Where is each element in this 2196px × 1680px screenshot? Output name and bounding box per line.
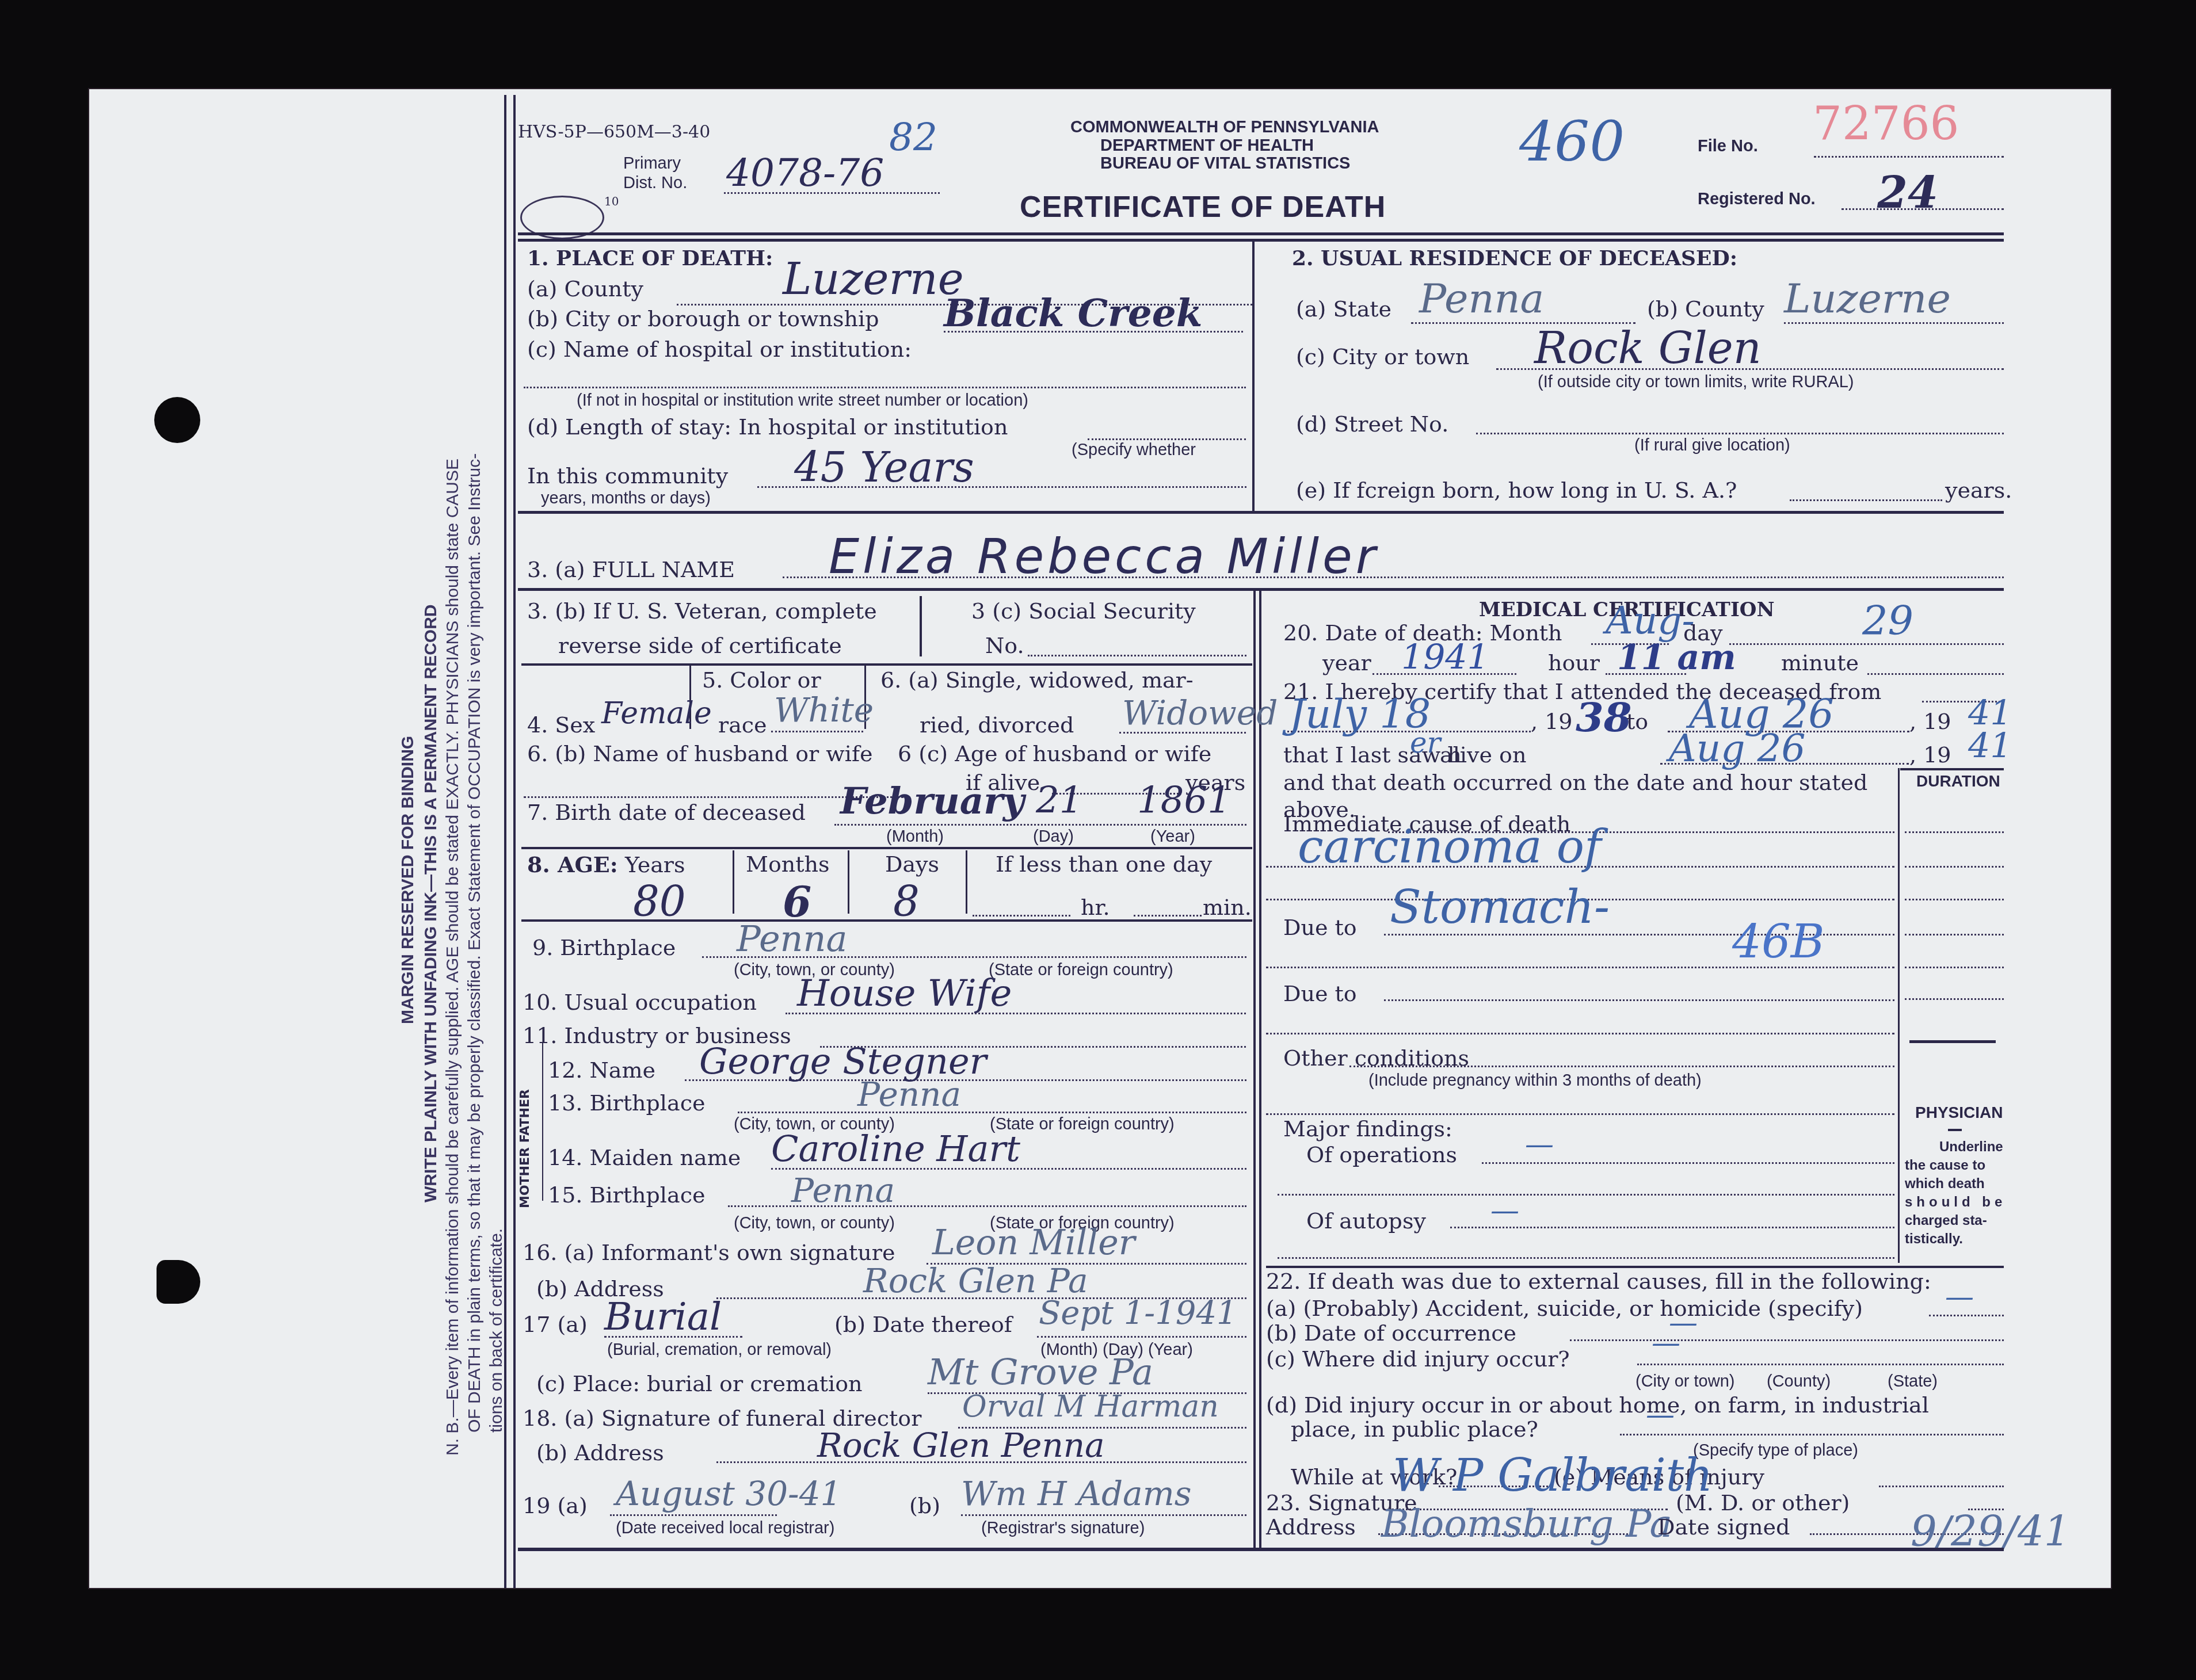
full-name-label: 3. (a) FULL NAME [527, 557, 735, 582]
race-value: White [774, 690, 874, 730]
pod-community-value: 45 Years [794, 443, 974, 491]
pod-community-label: In this community [527, 463, 728, 488]
physician-note-1: Underline [1939, 1139, 2003, 1155]
external-a-value: — [1945, 1280, 1974, 1314]
disposition-place-label: (c) Place: burial or cremation [536, 1371, 863, 1396]
primary-dist-label-2: Dist. No. [623, 174, 687, 193]
duration-line-3 [1905, 899, 2004, 900]
autopsy-line-2 [1278, 1257, 1894, 1259]
external-c-note-state: (State) [1888, 1372, 1938, 1391]
birth-year-value: 1861 [1137, 780, 1231, 822]
color-label: 5. Color or [702, 667, 821, 693]
primary-dist-correction: 82 [889, 115, 937, 159]
mother-maiden-label: 14. Maiden name [548, 1145, 741, 1170]
certifier-signature-value: W P Galbraith [1393, 1450, 1713, 1502]
father-birthplace-value: Penna [857, 1075, 961, 1114]
due-to-line-2 [1384, 999, 1894, 1001]
registrar-date-note: (Date received local registrar) [616, 1519, 834, 1538]
frame-left-line-inner [513, 95, 516, 1588]
punch-hole-top [154, 397, 200, 443]
duration-divider [1898, 768, 1900, 1263]
mother-father-tag: MOTHER FATHER [518, 1070, 535, 1208]
pod-county-label: (a) County [527, 276, 643, 301]
operations-label: Of operations [1306, 1142, 1457, 1167]
age-months-label: Months [746, 852, 830, 877]
cause-code: 46B [1732, 915, 1825, 968]
place-of-death-heading: 1. PLACE OF DEATH: [527, 246, 773, 270]
physician-note-4: should be [1905, 1194, 2006, 1211]
disposition-method-note: (Burial, cremation, or removal) [607, 1341, 832, 1360]
death-hour-label: hour [1548, 650, 1600, 675]
means-of-injury-line [1879, 1486, 2004, 1487]
physician-heading: PHYSICIAN [1915, 1104, 2003, 1122]
autopsy-label: Of autopsy [1306, 1208, 1426, 1234]
age-years-value: 80 [633, 877, 686, 926]
lower-divider-right [1259, 589, 1261, 1548]
age-hr-label: hr. [1081, 895, 1110, 920]
disposition-place-value: Mt Grove Pa [928, 1351, 1153, 1393]
lower-divider-left [1253, 589, 1256, 1548]
physician-note-2: the cause to [1905, 1158, 1985, 1174]
marital-value: Widowed [1122, 693, 1278, 732]
death-minute-label: minute [1781, 650, 1859, 675]
pod-hospital-note: (If not in hospital or institution write… [577, 391, 1028, 410]
age-days-value: 8 [893, 877, 920, 926]
cause-line-5 [1266, 967, 1894, 968]
external-d-note: (Specify type of place) [1693, 1441, 1858, 1460]
death-month-value: Aug- [1606, 598, 1695, 643]
physician-note-5: charged sta- [1905, 1213, 1987, 1229]
rule-after-sections [518, 511, 2004, 514]
rule-before-age [521, 847, 1252, 849]
registrar-date-value: August 30-41 [616, 1474, 841, 1513]
father-birthplace-label: 13. Birthplace [548, 1090, 705, 1116]
informant-signature-label: 16. (a) Informant's own signature [523, 1240, 895, 1265]
registered-no-label: Registered No. [1698, 190, 1816, 209]
occupation-label: 10. Usual occupation [523, 990, 757, 1015]
bottom-rule [518, 1548, 2004, 1551]
ssn-line [1028, 655, 1246, 656]
physician-note-3: which death [1905, 1176, 1985, 1192]
registrar-date-line [610, 1514, 777, 1516]
rule-before-external [1266, 1266, 2004, 1268]
ssn-label-1: 3 (c) Social Security [971, 598, 1196, 624]
spouse-label: 6. (b) Name of husband or wife [527, 741, 873, 766]
disposition-method-value: Burial [604, 1295, 722, 1339]
nineteen-1: , 19 [1531, 709, 1573, 734]
duration-line-6 [1905, 998, 2004, 1000]
file-no-value: 72766 [1813, 97, 1959, 150]
age-min-label: min. [1203, 895, 1252, 920]
veteran-divider [920, 596, 922, 656]
disposition-date-line [1037, 1336, 1246, 1338]
last-saw-year: 41 [1968, 726, 2012, 766]
res-foreign-line [1790, 499, 1942, 501]
alive-on-label: alive on [1440, 742, 1526, 768]
primary-dist-value: 4078-76 [726, 151, 884, 195]
punch-hole-bottom [157, 1260, 200, 1304]
registrar-signature-line [961, 1514, 1246, 1516]
residence-heading: 2. USUAL RESIDENCE OF DECEASED: [1292, 246, 1737, 270]
mother-birthplace-value: Penna [791, 1171, 895, 1210]
marital-label-2: ried, divorced [920, 712, 1074, 738]
birth-month-note: (Month) [886, 827, 944, 846]
duration-top-rule [1900, 768, 2004, 770]
birth-day-note: (Day) [1033, 827, 1074, 846]
birth-date-line [834, 824, 1246, 826]
res-street-label: (d) Street No. [1296, 411, 1448, 437]
section-divider [1252, 242, 1255, 512]
pod-community-note: years, months or days) [541, 489, 711, 508]
due-to-label-1: Due to [1283, 915, 1357, 940]
external-b-label: (b) Date of occurrence [1266, 1320, 1516, 1346]
annotation-number: 460 [1519, 109, 1625, 174]
duration-line-4 [1905, 934, 2004, 936]
mother-maiden-value: Caroline Hart [771, 1128, 1020, 1170]
spouse-age-label-1: 6 (c) Age of husband or wife [898, 741, 1211, 766]
res-foreign-suffix: years. [1945, 478, 2012, 503]
duration-end-rule [1909, 1040, 1996, 1043]
external-d-label-2: place, in public place? [1291, 1416, 1538, 1442]
death-year-label: year [1322, 650, 1371, 675]
nineteen-2: , 19 [1909, 709, 1951, 734]
rule-before-sex [521, 663, 1252, 666]
funeral-director-value: Orval M Harman [962, 1389, 1219, 1424]
operations-line [1482, 1162, 1894, 1164]
external-c-value: — [1652, 1326, 1680, 1360]
external-c-line [1637, 1364, 2004, 1365]
birth-month-value: February [840, 780, 1024, 823]
last-saw-pronoun: er [1410, 726, 1441, 759]
marital-label-1: 6. (a) Single, widowed, mar- [880, 667, 1194, 693]
mother-city-note: (City, town, or county) [734, 1214, 895, 1233]
pod-stay-label: (d) Length of stay: In hospital or insti… [527, 414, 1008, 440]
parents-bracket [542, 1043, 543, 1201]
birthplace-value: Penna [737, 918, 847, 960]
age-less-label: If less than one day [996, 852, 1212, 877]
mother-birthplace-label: 15. Birthplace [548, 1182, 705, 1208]
res-county-line [1784, 322, 2004, 324]
duration-line-5 [1905, 967, 2004, 968]
sex-label: 4. Sex [527, 712, 595, 738]
major-findings-label: Major findings: [1283, 1116, 1452, 1141]
rule-after-age [521, 919, 1252, 922]
res-street-line [1476, 433, 2004, 434]
issuer-line-2: DEPARTMENT OF HEALTH [1100, 136, 1314, 155]
attended-to-label: to [1626, 709, 1648, 734]
form-code: HVS-5P—650M—3-40 [518, 122, 710, 142]
birthplace-label: 9. Birthplace [532, 935, 676, 960]
margin-nb-line2: OF DEATH in plain terms, so that it may … [464, 453, 486, 1433]
external-a-line [1929, 1315, 2004, 1316]
race-line [771, 731, 863, 732]
cause-line-7 [1266, 1033, 1894, 1034]
registered-no-value: 24 [1877, 167, 1938, 218]
certifier-md-label: (M. D. or other) [1676, 1490, 1850, 1515]
physician-dash [1948, 1129, 1962, 1131]
primary-dist-label: Primary [623, 154, 681, 173]
other-conditions-line-2 [1266, 1113, 1894, 1115]
funeral-address-label: (b) Address [536, 1440, 664, 1465]
pregnancy-note: (Include pregnancy within 3 months of de… [1368, 1071, 1702, 1090]
age-days-label: Days [885, 852, 939, 877]
age-hr-line [973, 915, 1070, 917]
birthplace-state-note: (State or foreign country) [989, 961, 1173, 980]
veteran-label-2: reverse side of certificate [558, 633, 842, 658]
age-label: 8. AGE: Years [527, 852, 685, 877]
margin-binding-note: MARGIN RESERVED FOR BINDING [397, 736, 419, 1024]
death-year-value: 1941 [1401, 637, 1489, 678]
issuer-line-1: COMMONWEALTH OF PENNSYLVANIA [1070, 118, 1379, 137]
external-d-line [1620, 1434, 2004, 1435]
nineteen-3: , 19 [1909, 742, 1951, 768]
res-state-value: Penna [1419, 275, 1544, 322]
disposition-num: 17 (a) [523, 1312, 588, 1337]
pod-county-value: Luzerne [783, 253, 964, 304]
header-rule-2 [518, 239, 2004, 242]
res-city-value: Rock Glen [1534, 322, 1762, 373]
res-city-note: (If outside city or town limits, write R… [1538, 373, 1854, 392]
death-minute-line [1867, 673, 2004, 675]
funeral-address-value: Rock Glen Penna [817, 1426, 1105, 1465]
attended-from-year: 38 [1576, 693, 1631, 741]
immediate-cause-value-1: carcinoma of [1298, 820, 1602, 873]
registrar-b-label: (b) [909, 1493, 940, 1518]
age-divider-3 [966, 850, 967, 914]
informant-signature-value: Leon Miller [932, 1223, 1135, 1263]
certifier-address-label: Address [1266, 1514, 1356, 1540]
external-heading: 22. If death was due to external causes,… [1266, 1269, 1931, 1294]
birth-day-value: 21 [1036, 780, 1082, 822]
race-label: race [718, 712, 767, 738]
duration-line-2 [1905, 866, 2004, 868]
certifier-address-value: Bloomsburg Pa [1381, 1502, 1672, 1546]
physician-note-6: tistically. [1905, 1231, 1963, 1247]
sex-value: Female [601, 696, 712, 731]
registrar-signature-value: Wm H Adams [961, 1474, 1191, 1513]
father-birthplace-line [738, 1112, 1246, 1113]
duration-label: DURATION [1916, 772, 2000, 791]
pod-hospital-label: (c) Name of hospital or institution: [527, 337, 912, 362]
pod-specify-note: (Specify whether [1072, 441, 1196, 460]
header-rule-1 [518, 232, 2004, 235]
res-state-label: (a) State [1296, 296, 1391, 322]
pod-city-value: Black Creek [944, 291, 1203, 335]
birth-date-label: 7. Birth date of deceased [527, 800, 806, 825]
occurred-text: and that death occurred on the date and … [1283, 770, 1867, 795]
autopsy-value: — [1490, 1194, 1519, 1227]
immediate-cause-value-2: Stomach- [1390, 880, 1610, 934]
file-no-label: File No. [1698, 137, 1758, 156]
due-to-label-2: Due to [1283, 981, 1357, 1006]
registrar-num: 19 (a) [523, 1493, 588, 1518]
certificate-title: CERTIFICATE OF DEATH [1020, 190, 1386, 224]
pod-stay-line [1088, 438, 1246, 440]
external-d-label-1: (d) Did injury occur in or about home, o… [1266, 1392, 1929, 1418]
file-no-line [1814, 156, 2004, 158]
certifier-date-label: Date signed [1657, 1514, 1790, 1540]
last-saw-date-value: Aug 26 [1669, 726, 1805, 770]
pod-city-label: (b) City or borough or township [527, 306, 879, 331]
father-name-label: 12. Name [548, 1057, 655, 1083]
duration-line-1 [1905, 831, 2004, 833]
res-foreign-label: (e) If fcreign born, how long in U. S. A… [1296, 478, 1737, 503]
external-a-label: (a) (Probably) Accident, suicide, or hom… [1266, 1296, 1863, 1321]
external-c-note-county: (County) [1767, 1372, 1831, 1391]
pod-hospital-line [524, 387, 1246, 388]
age-divider-1 [733, 850, 734, 914]
margin-permanent-record: WRITE PLAINLY WITH UNFADING INK—THIS IS … [420, 605, 442, 1202]
operations-line-2 [1278, 1194, 1894, 1196]
registrar-signature-note: (Registrar's signature) [981, 1519, 1145, 1538]
birth-year-note: (Year) [1150, 827, 1195, 846]
death-hour-value: 11 am [1617, 637, 1736, 678]
res-street-note: (If rural give location) [1634, 436, 1790, 455]
age-min-line [1134, 915, 1202, 917]
veteran-label-1: 3. (b) If U. S. Veteran, complete [527, 598, 877, 624]
death-day-value: 29 [1862, 597, 1913, 644]
margin-nb-line1: N. B.—Every item of information should b… [442, 459, 464, 1456]
res-county-value: Luzerne [1784, 275, 1951, 322]
ssn-label-2: No. [985, 633, 1024, 658]
external-b-line [1570, 1339, 2004, 1341]
external-c-label: (c) Where did injury occur? [1266, 1346, 1570, 1372]
operations-value: — [1525, 1128, 1554, 1161]
res-city-label: (c) City or town [1296, 344, 1469, 369]
union-label-number: 10 [604, 194, 619, 208]
other-conditions-line [1349, 1066, 1894, 1067]
occupation-value: House Wife [797, 972, 1012, 1015]
frame-left-line [504, 95, 506, 1588]
age-divider-2 [848, 850, 849, 914]
external-d-value: — [1646, 1398, 1675, 1431]
disposition-date-label: (b) Date thereof [834, 1312, 1012, 1337]
res-county-label: (b) County [1647, 296, 1764, 322]
issuer-line-3: BUREAU OF VITAL STATISTICS [1100, 154, 1350, 173]
full-name-value: Eliza Rebecca Miller [829, 528, 1379, 585]
disposition-date-value: Sept 1-1941 [1039, 1295, 1237, 1332]
external-c-note-city: (City or town) [1635, 1372, 1734, 1391]
